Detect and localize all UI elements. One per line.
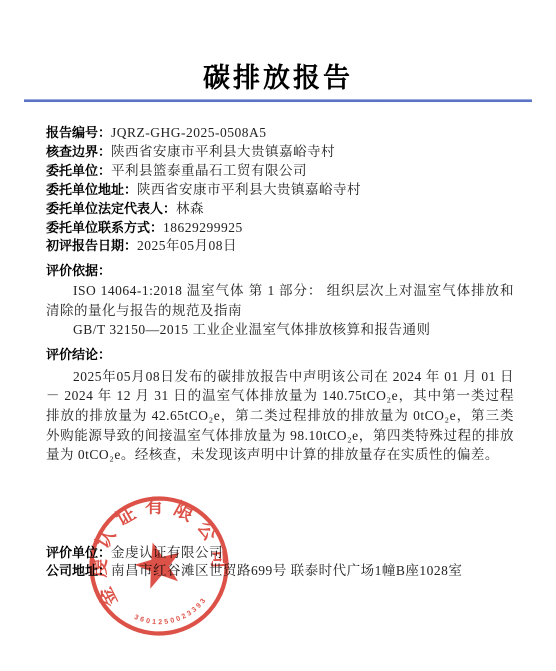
field-label: 公司地址：	[46, 563, 111, 578]
field-value: 陕西省安康市平利县大贵镇嘉峪寺村	[111, 144, 335, 159]
field-legal-representative: 委托单位法定代表人：林森	[46, 200, 514, 219]
field-label: 评价单位：	[46, 545, 111, 560]
report-footer: 评价单位：金虔认证有限公司 公司地址：南昌市红谷滩区世贸路699号 联泰时代广场…	[46, 544, 526, 579]
page-title: 碳排放报告	[0, 56, 556, 95]
field-value: 金虔认证有限公司	[111, 545, 223, 560]
field-label: 核查边界：	[46, 144, 111, 159]
report-body: 报告编号：JQRZ-GHG-2025-0508A5 核查边界：陕西省安康市平利县…	[46, 124, 514, 465]
field-evaluation-agency: 评价单位：金虔认证有限公司	[46, 544, 526, 562]
field-value: 2025年05月08日	[137, 238, 237, 253]
conclusion-paragraph: 2025年05月08日发布的碳排放报告中声明该公司在 2024 年 01 月 0…	[46, 367, 514, 465]
field-label: 委托单位联系方式：	[46, 220, 163, 235]
field-client-name: 委托单位：平利县篮泰重晶石工贸有限公司	[46, 162, 514, 181]
field-value: 林森	[176, 201, 204, 216]
field-label: 初评报告日期：	[46, 238, 137, 253]
field-value: 平利县篮泰重晶石工贸有限公司	[111, 163, 307, 178]
field-value: 南昌市红谷滩区世贸路699号 联泰时代广场1幢B座1028室	[111, 563, 462, 578]
field-label: 委托单位法定代表人：	[46, 201, 176, 216]
field-label: 委托单位：	[46, 163, 111, 178]
field-client-address: 委托单位地址：陕西省安康市平利县大贵镇嘉峪寺村	[46, 181, 514, 200]
field-initial-report-date: 初评报告日期：2025年05月08日	[46, 237, 514, 256]
basis-item-gbt: GB/T 32150—2015 工业企业温室气体排放核算和报告通则	[46, 320, 514, 340]
basis-item-iso: ISO 14064-1:2018 温室气体 第 1 部分： 组织层次上对温室气体…	[46, 281, 514, 320]
field-label: 报告编号：	[46, 125, 111, 140]
field-label: 委托单位地址：	[46, 182, 137, 197]
field-value: JQRZ-GHG-2025-0508A5	[111, 125, 267, 140]
evaluation-basis-heading: 评价依据：	[46, 260, 514, 281]
field-company-address: 公司地址：南昌市红谷滩区世贸路699号 联泰时代广场1幢B座1028室	[46, 562, 526, 580]
report-page: 碳排放报告 报告编号：JQRZ-GHG-2025-0508A5 核查边界：陕西省…	[0, 0, 556, 671]
svg-text:3601250023393: 3601250023393	[132, 595, 213, 635]
seal-number: 3601250023393	[132, 595, 213, 635]
field-value: 陕西省安康市平利县大贵镇嘉峪寺村	[137, 182, 361, 197]
field-value: 18629299925	[163, 220, 243, 235]
field-verification-boundary: 核查边界：陕西省安康市平利县大贵镇嘉峪寺村	[46, 143, 514, 162]
field-contact-phone: 委托单位联系方式：18629299925	[46, 219, 514, 238]
field-report-number: 报告编号：JQRZ-GHG-2025-0508A5	[46, 124, 514, 143]
evaluation-conclusion-heading: 评价结论：	[46, 344, 514, 365]
title-divider	[24, 99, 532, 102]
